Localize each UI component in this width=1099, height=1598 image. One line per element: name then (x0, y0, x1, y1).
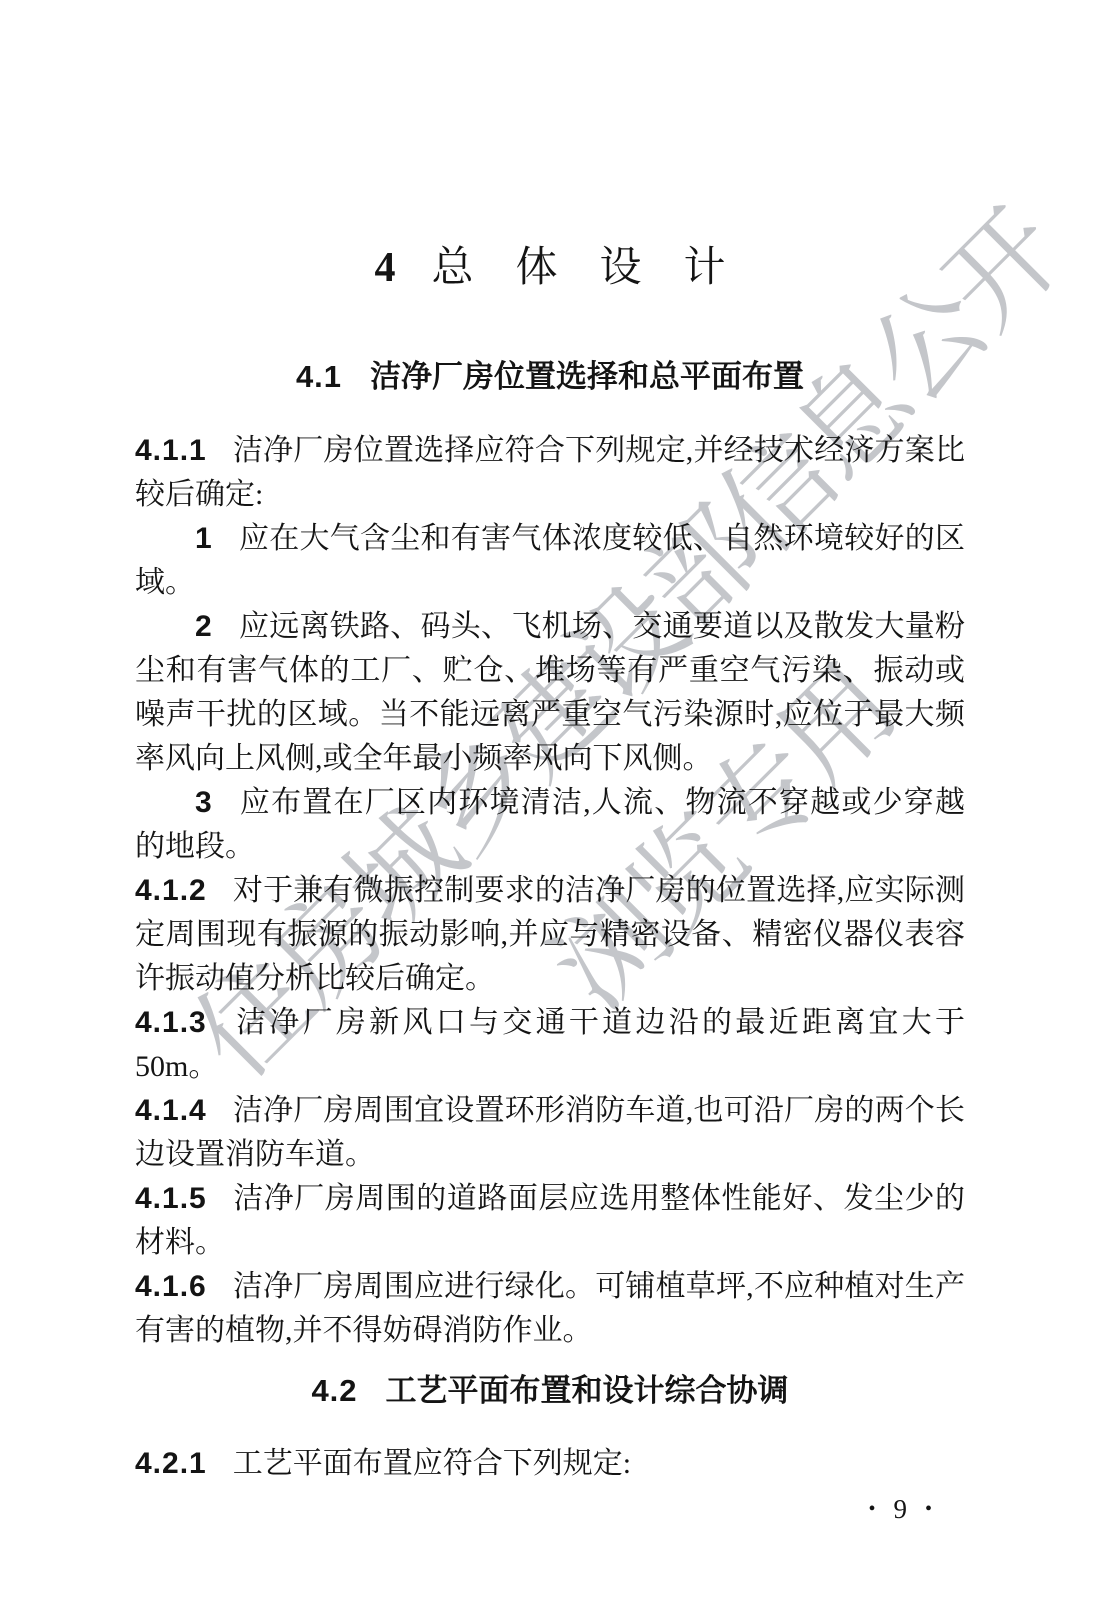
item-text: 应在大气含尘和有害气体浓度较低、自然环境较好的区域。 (135, 522, 965, 599)
clause-4-1-6: 4.1.6洁净厂房周围应进行绿化。可铺植草坪,不应种植对生产有害的植物,并不得妨… (135, 1265, 965, 1353)
clause-number: 4.1.6 (135, 1270, 207, 1303)
clause-text: 洁净厂房周围宜设置环形消防车道,也可沿厂房的两个长边设置消防车道。 (135, 1094, 965, 1171)
clause-text: 工艺平面布置应符合下列规定: (233, 1447, 631, 1480)
section-heading-4-2: 4.2工艺平面布置和设计综合协调 (135, 1374, 965, 1407)
clause-text: 对于兼有微振控制要求的洁净厂房的位置选择,应实际测定周围现有振源的振动影响,并应… (135, 874, 965, 995)
clause-4-1-4: 4.1.4洁净厂房周围宜设置环形消防车道,也可沿厂房的两个长边设置消防车道。 (135, 1089, 965, 1177)
clause-text: 洁净厂房周围应进行绿化。可铺植草坪,不应种植对生产有害的植物,并不得妨碍消防作业… (135, 1270, 965, 1347)
clause-text: 洁净厂房新风口与交通干道边沿的最近距离宜大于 50m。 (135, 1006, 965, 1083)
section-number: 4.2 (311, 1373, 357, 1408)
section-title: 洁净厂房位置选择和总平面布置 (370, 359, 804, 394)
clause-number: 4.1.1 (135, 434, 207, 467)
clause-number: 4.1.5 (135, 1182, 207, 1215)
clause-4-1-3: 4.1.3洁净厂房新风口与交通干道边沿的最近距离宜大于 50m。 (135, 1001, 965, 1089)
clause-4-1-5: 4.1.5洁净厂房周围的道路面层应选用整体性能好、发尘少的材料。 (135, 1177, 965, 1265)
clause-4-2-1: 4.2.1工艺平面布置应符合下列规定: (135, 1442, 965, 1486)
item-text: 应远离铁路、码头、飞机场、交通要道以及散发大量粉尘和有害气体的工厂、贮仓、堆场等… (135, 610, 965, 775)
page-number-left-dot: • (868, 1498, 875, 1520)
chapter-title-text: 总 体 设 计 (431, 245, 725, 291)
clause-number: 4.1.2 (135, 874, 207, 907)
section-4-1-body: 4.1.1洁净厂房位置选择应符合下列规定,并经技术经济方案比较后确定: 1应在大… (135, 429, 965, 1353)
page-number-right-dot: • (925, 1498, 932, 1520)
clause-4-1-2: 4.1.2对于兼有微振控制要求的洁净厂房的位置选择,应实际测定周围现有振源的振动… (135, 869, 965, 1001)
chapter-title: 4总 体 设 计 (135, 246, 965, 290)
clause-number: 4.2.1 (135, 1447, 207, 1480)
section-number: 4.1 (296, 359, 342, 394)
clause-number: 4.1.3 (135, 1006, 207, 1039)
item-number: 3 (195, 786, 213, 819)
clause-4-1-1: 4.1.1洁净厂房位置选择应符合下列规定,并经技术经济方案比较后确定: (135, 429, 965, 517)
section-heading-4-1: 4.1洁净厂房位置选择和总平面布置 (135, 360, 965, 393)
section-title: 工艺平面布置和设计综合协调 (386, 1373, 789, 1408)
page-content: 4总 体 设 计 4.1洁净厂房位置选择和总平面布置 4.1.1洁净厂房位置选择… (0, 0, 1099, 1598)
page-number: 9 (893, 1494, 907, 1524)
item-number: 2 (195, 610, 213, 643)
clause-number: 4.1.4 (135, 1094, 207, 1127)
page-footer: •9• (135, 1494, 965, 1524)
clause-text: 洁净厂房位置选择应符合下列规定,并经技术经济方案比较后确定: (135, 434, 965, 511)
document-page: 住房城乡建设部信息公开 浏览专用 4总 体 设 计 4.1洁净厂房位置选择和总平… (0, 0, 1099, 1598)
list-item-1: 1应在大气含尘和有害气体浓度较低、自然环境较好的区域。 (135, 517, 965, 605)
item-number: 1 (195, 522, 213, 555)
item-text: 应布置在厂区内环境清洁,人流、物流不穿越或少穿越的地段。 (135, 786, 965, 863)
list-item-3: 3应布置在厂区内环境清洁,人流、物流不穿越或少穿越的地段。 (135, 781, 965, 869)
clause-text: 洁净厂房周围的道路面层应选用整体性能好、发尘少的材料。 (135, 1182, 965, 1259)
list-item-2: 2应远离铁路、码头、飞机场、交通要道以及散发大量粉尘和有害气体的工厂、贮仓、堆场… (135, 605, 965, 781)
chapter-number: 4 (374, 245, 395, 291)
